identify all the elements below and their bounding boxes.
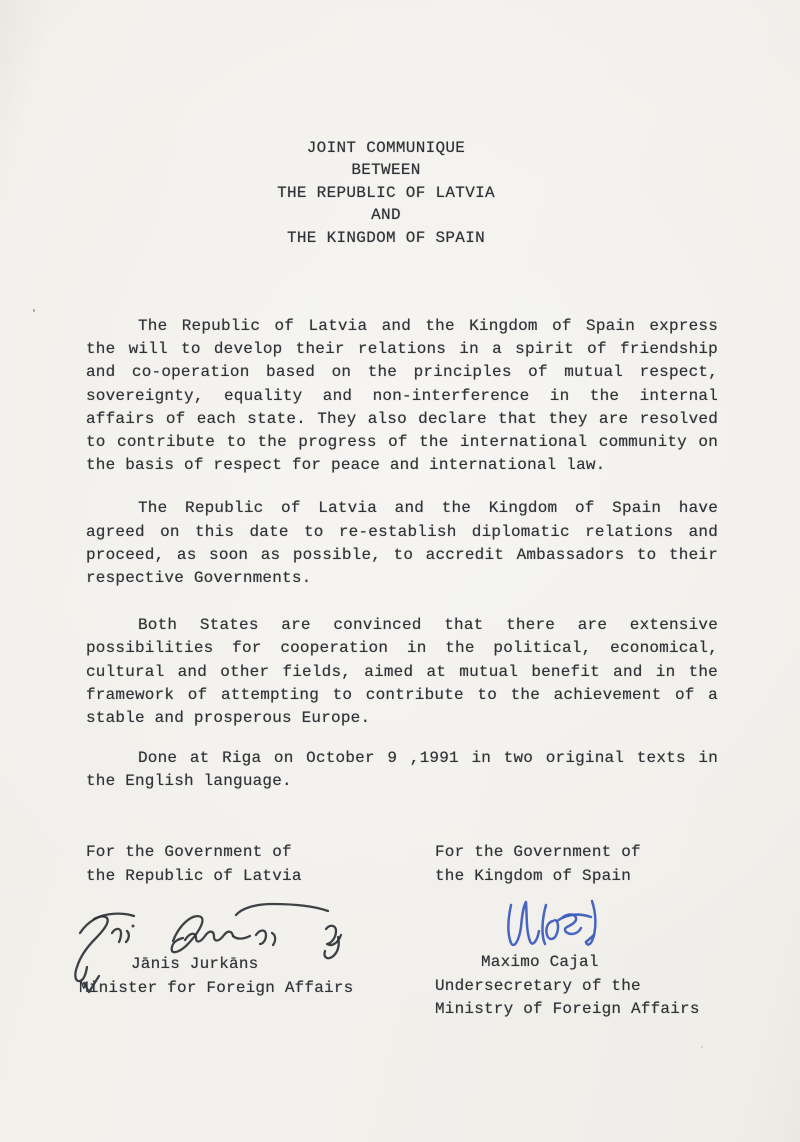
- text-line: For the Government of: [435, 841, 641, 865]
- maximo-cajal-signature: [499, 893, 601, 956]
- text-line: THE KINGDOM OF SPAIN: [0, 227, 772, 249]
- text-line: Both States are convinced that there are…: [86, 614, 718, 637]
- paragraph-date-place: Done at Riga on October 9 ,1991 in two o…: [86, 747, 718, 793]
- text-line: the English language.: [86, 770, 718, 793]
- paragraph: Both States are convinced that there are…: [86, 614, 718, 730]
- paper-speck: [701, 1046, 703, 1048]
- text-line: framework of attempting to contribute to…: [86, 684, 718, 707]
- paragraph: The Republic of Latvia and the Kingdom o…: [86, 315, 718, 477]
- spain-signature-heading: For the Government ofthe Kingdom of Spai…: [435, 841, 641, 888]
- text-line: respective Governments.: [86, 567, 718, 590]
- text-line: agreed on this date to re-establish dipl…: [86, 521, 718, 544]
- text-line: BETWEEN: [0, 159, 772, 181]
- signatory-name: Maximo Cajal: [435, 951, 700, 975]
- text-line: and co-operation based on the principles…: [86, 361, 718, 384]
- text-line: THE REPUBLIC OF LATVIA: [0, 182, 772, 204]
- text-line: the will to develop their relations in a…: [86, 338, 718, 361]
- text-line: Done at Riga on October 9 ,1991 in two o…: [86, 747, 718, 770]
- signatory-title: Undersecretary of theMinistry of Foreign…: [435, 975, 700, 1022]
- text-line: possibilities for cooperation in the pol…: [86, 637, 718, 660]
- latvia-signature-heading: For the Government ofthe Republic of Lat…: [86, 841, 302, 888]
- text-line: sovereignty, equality and non-interferen…: [86, 385, 718, 408]
- text-line: The Republic of Latvia and the Kingdom o…: [86, 315, 718, 338]
- signatory-name: Jānis Jurkāns: [79, 953, 353, 977]
- text-line: affairs of each state. They also declare…: [86, 408, 718, 431]
- document-title: JOINT COMMUNIQUEBETWEENTHE REPUBLIC OF L…: [0, 137, 772, 249]
- text-line: Undersecretary of the: [435, 975, 700, 999]
- text-line: the Kingdom of Spain: [435, 865, 641, 889]
- text-line: For the Government of: [86, 841, 302, 865]
- paragraph: The Republic of Latvia and the Kingdom o…: [86, 497, 718, 590]
- signatory-title: Minister for Foreign Affairs: [79, 977, 353, 1001]
- text-line: The Republic of Latvia and the Kingdom o…: [86, 497, 718, 520]
- text-line: AND: [0, 204, 772, 226]
- document-body: The Republic of Latvia and the Kingdom o…: [86, 315, 718, 794]
- text-line: the basis of respect for peace and inter…: [86, 454, 718, 477]
- text-line: Ministry of Foreign Affairs: [435, 998, 700, 1022]
- text-line: proceed, as soon as possible, to accredi…: [86, 544, 718, 567]
- spain-signatory-block: Maximo Cajal Undersecretary of theMinist…: [435, 951, 700, 1022]
- latvia-signatory-block: Jānis Jurkāns Minister for Foreign Affai…: [79, 953, 353, 1000]
- paper-speck: [33, 309, 35, 312]
- scanned-document-page: JOINT COMMUNIQUEBETWEENTHE REPUBLIC OF L…: [0, 0, 800, 1142]
- text-line: to contribute to the progress of the int…: [86, 431, 718, 454]
- text-line: JOINT COMMUNIQUE: [0, 137, 772, 159]
- text-line: the Republic of Latvia: [86, 865, 302, 889]
- text-line: Minister for Foreign Affairs: [79, 977, 353, 1001]
- text-line: stable and prosperous Europe.: [86, 707, 718, 730]
- text-line: cultural and other fields, aimed at mutu…: [86, 661, 718, 684]
